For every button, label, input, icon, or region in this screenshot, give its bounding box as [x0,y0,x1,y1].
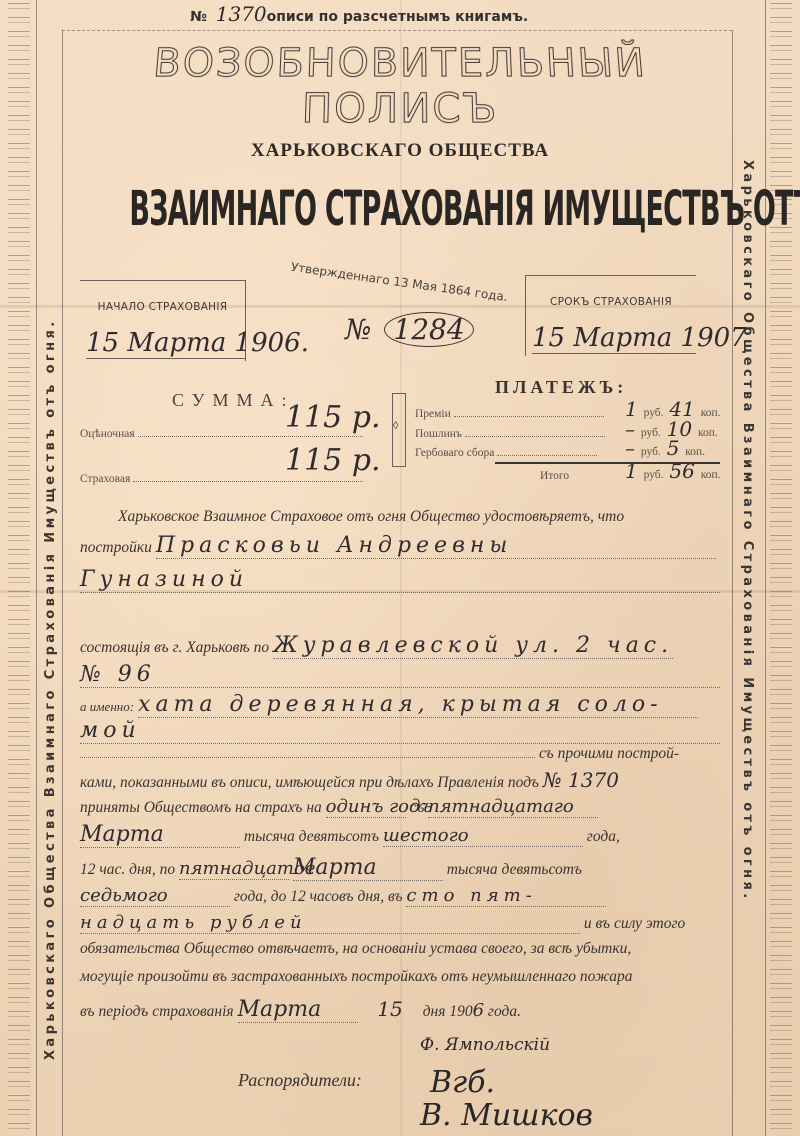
acceptance-line: приняты Обществомъ на страхъ на одинъ го… [80,796,720,818]
term-date-value: 15 Марта 1907 [532,323,696,354]
to-day: пятнадцатое [179,858,289,880]
to-month: Марта [293,855,443,881]
thousand-label: тысяча девятьсотъ [244,828,379,845]
location-line-2: № 96 [80,662,720,688]
issue-month: Марта [238,997,358,1023]
until-line: седьмого года, до 12 часовъ дня, въ сто … [80,885,720,907]
term-date-box: СРОКЪ СТРАХОВАНІЯ 15 Марта 1907 [525,275,696,356]
acceptance-label: приняты Обществомъ на страхъ на [80,799,322,816]
rub-value: – [625,436,635,460]
society-title: ХАРЬКОВСКАГО ОБЩЕСТВА [0,140,800,162]
summa-row-value: 115 р. [285,400,381,435]
others-text: съ прочими построй- [539,745,679,762]
signature-3: В. Мишков [420,1098,593,1133]
border-rule [765,0,766,1136]
namely-label: а именно: [80,699,134,714]
location-value: Журавлевской ул. 2 час. [273,633,673,659]
policy-number: № 1284 [345,312,474,347]
from-label: съ [410,799,425,816]
from-day: пятнадцатаго [428,796,598,818]
rub-label: руб. [644,469,664,481]
issue-year-prefix: 190 [449,1003,472,1020]
policy-number-sign: № [345,313,372,346]
side-border-text-right: Харьковскаго Общества Взаимнаго Страхова… [740,160,755,902]
from-date-line: Марта тысяча девятьсотъ шестого года, [80,822,720,848]
payment-amount: – руб. 5 коп. [622,436,705,460]
subject-title: ВЗАИМНАГО СТРАХОВАНІЯ ИМУЩЕСТВЪ ОТЪ ОГНЯ [129,180,670,237]
kop-value: 5 [667,436,680,460]
year-label: года, [587,828,620,845]
force-label: и въ силу этого [584,915,685,932]
kop-label: коп. [685,446,705,458]
location-line: состоящія въ г. Харьковѣ по Журавлевской… [80,633,720,659]
ornament-divider [392,393,406,467]
payment-row: Гербоваго сбора [415,447,597,459]
noon-label: 12 час. дня, по [80,861,175,878]
term-date-label: СРОКЪ СТРАХОВАНІЯ [526,296,696,308]
ornamental-border-right [770,0,792,1136]
border-rule [62,30,732,31]
number-sign: № [190,9,207,25]
fire-clause-line: могущіе произойти въ застрахованныхъ пос… [80,968,720,986]
until-label: года, до 12 часовъ дня, въ [234,888,403,905]
rub-value: 1 [625,459,638,483]
kop-value: 56 [669,459,694,483]
amount-words: сто пят- [406,885,606,907]
summa-row-value: 115 р. [285,443,381,478]
summa-heading: СУММА: [172,390,295,411]
payment-label: Пошлинъ [415,428,462,440]
location-label: состоящія въ г. Харьковѣ по [80,639,269,656]
inventory-ref-number: № 1370 [543,768,619,792]
inventory-line: ками, показанными въ описи, имѣющейся пр… [80,768,720,792]
payment-row: Пошлинъ [415,428,605,440]
signature-2: Вгб. [430,1065,495,1100]
owner-name: Прасковьи Андреевны [156,533,716,559]
issue-day: 15 [377,997,402,1021]
period-label: въ періодъ страхованія [80,1003,234,1020]
year-label: года. [488,1003,521,1020]
payment-label: Гербоваго сбора [415,447,494,459]
payment-label: Преміи [415,408,451,420]
side-border-text-left: Харьковскаго Общества Взаимнаго Страхова… [43,318,58,1060]
acceptance-term: одинъ годъ [326,796,406,818]
payment-total-amount: 1 руб. 56 коп. [622,459,721,483]
certification-intro: Харьковское Взаимное Страховое отъ огня … [118,508,758,526]
start-date-label: НАЧАЛО СТРАХОВАНІЯ [80,301,245,313]
amount-words-cont: надцать рублей [80,912,580,934]
namely-line: а именно: хата деревянная, крытая соло- [80,692,720,718]
signature-1: Ф. Ямпольскій [420,1035,550,1055]
from-month: Марта [80,822,240,848]
ornamental-border-left [8,0,30,1136]
kop-label: коп. [701,469,721,481]
from-year: шестого [383,825,583,847]
border-rule [62,30,63,1136]
payment-heading: ПЛАТЕЖЪ: [495,377,627,398]
day-label: дня [423,1003,446,1020]
namely-line-2: мой [80,718,720,744]
payment-row: Преміи [415,408,604,420]
owner-line: постройки Прасковьи Андреевны [80,533,720,559]
policy-number-value: 1284 [384,312,473,347]
inventory-number: 1370 [216,2,256,26]
to-date-line: 12 час. дня, по пятнадцатое Марта тысяча… [80,855,720,881]
border-rule [36,0,37,1136]
summa-row-label: Оцѣночная [80,428,135,440]
rub-label: руб. [641,446,661,458]
house-number: № 96 [80,662,720,688]
inventory-caption: описи по разсчетнымъ книгамъ. [267,9,529,25]
obligation-line: обязательства Общество отвѣчаетъ, на осн… [80,940,720,958]
owner-label: постройки [80,539,152,556]
start-date-value: 15 Марта 1906. [86,328,245,359]
to-year: седьмого [80,885,230,907]
building-description: хата деревянная, крытая соло- [138,692,698,718]
inventory-number-line: № 1370 описи по разсчетнымъ книгамъ. [190,2,528,26]
issue-year-suffix: 6 [473,1000,484,1021]
managers-label: Распорядители: [238,1070,362,1091]
payment-total-label: Итого [540,470,569,482]
building-description-cont: мой [80,718,720,744]
policy-title: ВОЗОБНОВИТЕЛЬНЫЙ ПОЛИСЪ [95,41,705,132]
start-date-box: НАЧАЛО СТРАХОВАНІЯ 15 Марта 1906. [80,280,246,361]
others-line: съ прочими построй- [80,745,720,763]
summa-row-label: Страховая [80,473,130,485]
owner-line-2: Гуназиной [80,567,720,593]
inventory-text: ками, показанными въ описи, имѣющейся пр… [80,774,539,791]
amount-line: надцать рублей и въ силу этого [80,912,720,934]
thousand-label: тысяча девятьсотъ [447,861,582,878]
period-line: въ періодъ страхованія Марта 15 дня 1906… [80,997,720,1023]
owner-surname: Гуназиной [80,567,720,593]
